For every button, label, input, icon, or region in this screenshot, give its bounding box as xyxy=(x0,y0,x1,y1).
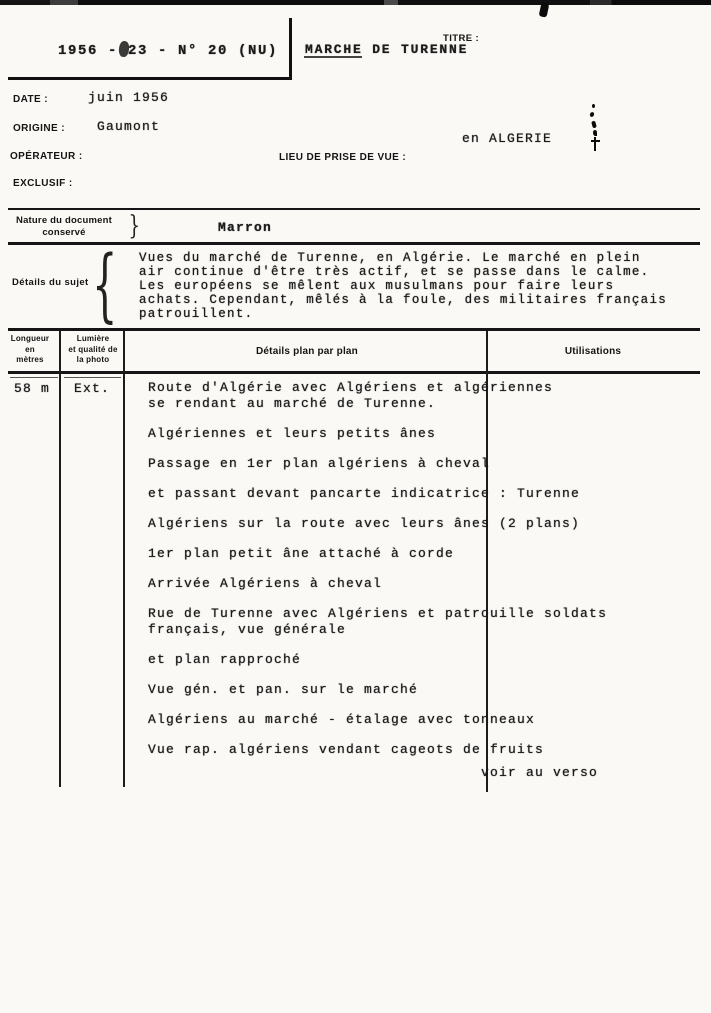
col-lumiere-header: Lumière et qualité de la photo xyxy=(63,334,123,366)
scan-artifact-dot xyxy=(589,111,595,117)
date-label: DATE : xyxy=(13,94,48,105)
scan-artifact-dagger-bar xyxy=(591,140,600,142)
plan-row: Route d'Algérie avec Algériens et algéri… xyxy=(148,380,708,412)
archive-card-page: 1956 - 23 - N° 20 (NU) TITRE : MARCHE DE… xyxy=(0,0,711,1013)
plan-row: Arrivée Algériens à cheval xyxy=(148,576,708,592)
plan-row: Algériennes et leurs petits ânes xyxy=(148,426,708,442)
rule-thick-2 xyxy=(8,328,700,331)
details-sujet-text: Vues du marché de Turenne, en Algérie. L… xyxy=(139,251,699,321)
scan-artifact-top-bar xyxy=(0,0,711,5)
title-underline-artifact xyxy=(304,56,362,58)
plan-row: Vue rap. algériens vendant cageots de fr… xyxy=(148,742,708,758)
lieu-label: LIEU DE PRISE DE VUE : xyxy=(279,152,406,163)
column-divider-longueur xyxy=(59,331,61,787)
titre-value: MARCHE DE TURENNE xyxy=(305,42,468,57)
header-underline-dash xyxy=(10,377,58,378)
plan-row: Algériens sur la route avec leurs ânes (… xyxy=(148,516,708,532)
date-value: juin 1956 xyxy=(88,90,169,105)
plan-row: Rue de Turenne avec Algériens et patroui… xyxy=(148,606,708,638)
nature-brace: } xyxy=(128,211,140,241)
header-underline-dash xyxy=(64,377,121,378)
col-details-header: Détails plan par plan xyxy=(128,347,486,358)
plan-row: Passage en 1er plan algériens à cheval xyxy=(148,456,708,472)
scan-artifact-dot xyxy=(591,121,597,129)
column-divider-lumiere xyxy=(123,331,125,787)
col-longueur-header: Longueur en mètres xyxy=(2,334,58,366)
exclusif-label: EXCLUSIF : xyxy=(13,178,73,189)
plan-details-list: Route d'Algérie avec Algériens et algéri… xyxy=(148,380,708,772)
nature-value: Marron xyxy=(218,220,272,235)
lumiere-value: Ext. xyxy=(74,381,110,396)
origine-value: Gaumont xyxy=(97,119,160,134)
plan-row: Algériens au marché - étalage avec tonne… xyxy=(148,712,708,728)
plan-row: et plan rapproché xyxy=(148,652,708,668)
location-note: en ALGERIE xyxy=(462,131,552,146)
verso-note: voir au verso xyxy=(481,765,598,780)
origine-label: ORIGINE : xyxy=(13,123,65,134)
col-utilisations-header: Utilisations xyxy=(488,347,698,358)
plan-row: et passant devant pancarte indicatrice :… xyxy=(148,486,708,502)
details-sujet-label: Détails du sujet xyxy=(12,277,89,288)
rule-thin xyxy=(8,208,700,210)
operateur-label: OPÉRATEUR : xyxy=(10,151,83,162)
plan-row: 1er plan petit âne attaché à corde xyxy=(148,546,708,562)
scan-artifact-dot xyxy=(592,104,595,108)
header-underline xyxy=(8,371,700,374)
details-sujet-brace: { xyxy=(92,250,117,320)
longueur-value: 58 m xyxy=(14,381,50,396)
scan-artifact-dot xyxy=(593,130,597,136)
plan-row: Vue gén. et pan. sur le marché xyxy=(148,682,708,698)
catalog-number: 1956 - 23 - N° 20 (NU) xyxy=(58,43,278,59)
nature-label: Nature du document conservé xyxy=(8,215,120,239)
scan-artifact-blot xyxy=(539,2,550,17)
